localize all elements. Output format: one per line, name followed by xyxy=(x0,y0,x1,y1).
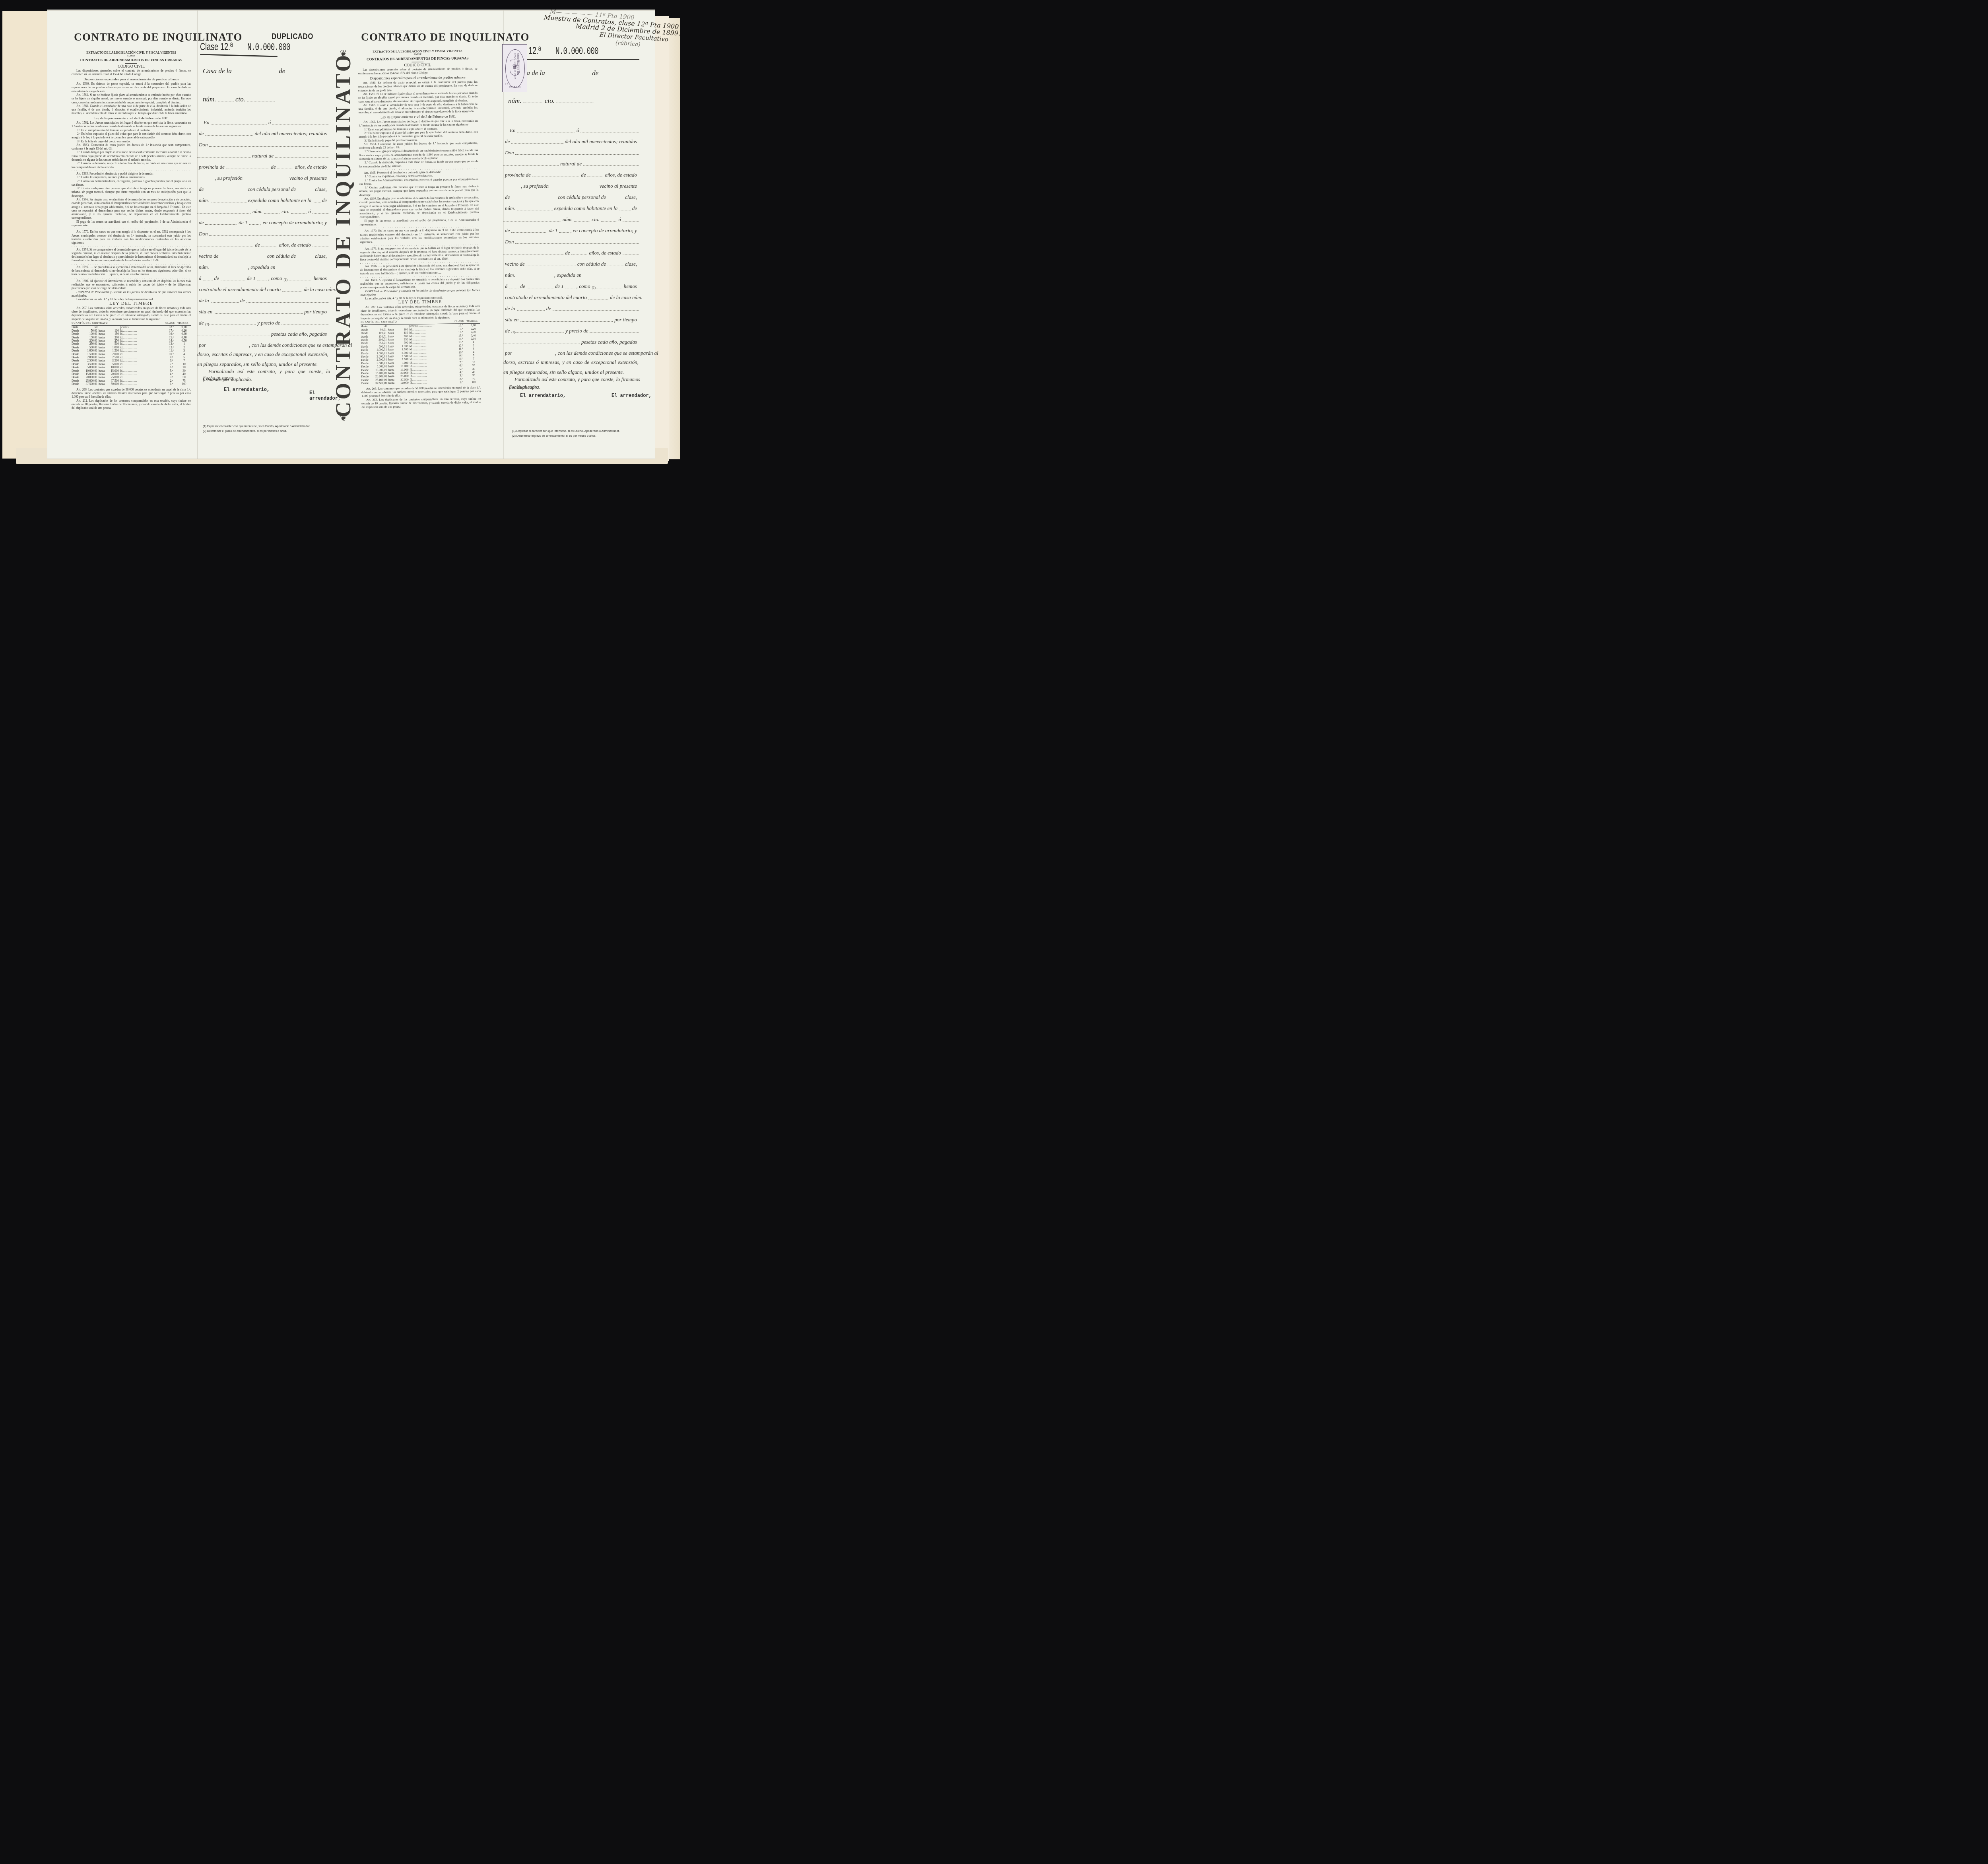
footnote-mark: (2) xyxy=(512,434,516,437)
ellipsis-divider: ........................................… xyxy=(72,262,191,265)
landlord-name-input[interactable] xyxy=(515,243,639,244)
tenant-issue-month-input[interactable] xyxy=(205,224,237,225)
tenant-house-num-input[interactable] xyxy=(264,213,280,214)
legal-header: EXTRACTO DE LA LEGISLACIÓN CIVIL Y FISCA… xyxy=(72,51,191,54)
table-cell-to: 50.000 xyxy=(397,381,410,385)
price-input[interactable] xyxy=(282,325,328,325)
street-name-input[interactable] xyxy=(247,302,328,303)
tenant-street-input[interactable] xyxy=(619,210,631,210)
article-1581: Art. 1581. Si no se hubiese fijado plazo… xyxy=(72,93,191,104)
landlord-cedula-class-input[interactable] xyxy=(608,266,623,266)
tenant-name-input[interactable] xyxy=(515,154,639,155)
landlord-civil-status-input[interactable] xyxy=(313,247,328,247)
page-title: CONTRATO DE INQUILINATO xyxy=(361,31,530,43)
table-cell-unit: íd.................... xyxy=(410,381,455,385)
tenant-name-cont-input[interactable] xyxy=(197,157,250,158)
article-item: 1.ª En el cumplimiento del término estip… xyxy=(72,128,191,132)
article-item: 3.ª En la falta de pago del precio conve… xyxy=(72,140,191,143)
article-1578: Art. 1578. Si no compareciere el demanda… xyxy=(72,248,191,262)
vertical-title-band: ❦ CONTRATO DE INQUILINATO ❦ xyxy=(330,54,356,416)
landlord-name-cont-input[interactable] xyxy=(503,255,563,255)
table-cell-unit: íd.................... xyxy=(120,353,165,356)
table-cell-hasta: hasta xyxy=(99,383,107,386)
table-cell-unit: pesetas.................... xyxy=(120,326,165,329)
ellipsis-divider: ........................................… xyxy=(72,169,191,172)
section-heading: Ley de Enjuiciamiento civil de 3 de Febr… xyxy=(359,115,478,119)
landlord-issue-place-input[interactable] xyxy=(583,277,639,277)
article-item: 1.º Contra los inquilinos, colonos y dem… xyxy=(72,175,191,179)
article-1596: Art. 1596. ..... se procederá á su ejecu… xyxy=(360,263,480,276)
fecha-text: Fecha ut supra. xyxy=(203,375,234,381)
legal-paragraph: Las disposiciones generales sobre el con… xyxy=(358,67,477,76)
footnotes: (1) Expresar el carácter con que intervi… xyxy=(512,429,620,438)
tenant-street-input[interactable] xyxy=(313,202,320,202)
vertical-title: CONTRATO DE INQUILINATO xyxy=(331,52,355,417)
form-row: núm.cto.á xyxy=(503,215,639,223)
tenant-issue-month-input[interactable] xyxy=(511,232,547,233)
num-input[interactable] xyxy=(218,101,234,101)
fecha-text: Fecha ut supra. xyxy=(509,384,540,390)
form-row: por, con las demás condiciones que se es… xyxy=(197,340,328,348)
legal-paragraph: Las disposiciones generales sobre el con… xyxy=(72,69,191,76)
footnotes: (1) Expresar el carácter con que intervi… xyxy=(203,424,311,433)
cto-input[interactable] xyxy=(556,103,594,103)
article-item: 2.ª En haber expirado el plazo del aviso… xyxy=(72,132,191,140)
duplicado-label: DUPLICADO xyxy=(272,32,313,41)
tenant-flat-input[interactable] xyxy=(291,213,307,214)
form-row: Don xyxy=(503,237,639,245)
conditions-paragraph: dorso, escritas ó impresas, y en caso de… xyxy=(503,357,639,377)
day-input[interactable] xyxy=(580,132,639,132)
legal-subheader: CONTRATOS DE ARRENDAMIENTOS DE FINCAS UR… xyxy=(358,56,477,61)
form-row: contratado el arrendamiento del cuartode… xyxy=(197,285,328,293)
casa-input[interactable] xyxy=(547,75,590,75)
landlord-capacity-input[interactable] xyxy=(596,288,622,288)
form-row: pesetas cada año, pagadas xyxy=(197,329,328,337)
form-row: Ená xyxy=(197,118,328,126)
tenant-name-input[interactable] xyxy=(209,146,328,147)
table-cell-unit: íd.................... xyxy=(120,373,165,376)
article-1601: Art. 1601. Al ejecutar el lanzamiento se… xyxy=(360,277,480,289)
duplicate-page: CONTRATO DE INQUILINATO DUPLICADO EXTRAC… xyxy=(47,10,349,459)
tenant-origin-input[interactable] xyxy=(275,157,328,158)
tenant-cedula-num-input[interactable] xyxy=(211,202,247,202)
tenant-profession-input[interactable] xyxy=(244,180,288,180)
landlord-issue-year-input[interactable] xyxy=(257,280,267,280)
landlord-name-cont-input[interactable] xyxy=(197,247,253,247)
tenant-flat-input[interactable] xyxy=(601,221,617,222)
form-row: ádede 1, como(1)hemos xyxy=(503,282,639,290)
clase-underline xyxy=(200,54,278,57)
article-1580: Art. 1580. En defecto de pacto especial,… xyxy=(72,82,191,93)
form-row: decon cédula personal declase, xyxy=(197,185,328,192)
ellipsis-divider: ........................................… xyxy=(72,227,191,230)
article-1596: Art. 1596. ..... se procederá á su ejecu… xyxy=(72,265,191,276)
place-input[interactable] xyxy=(211,124,267,124)
form-row: , su profesiónvecino al presente xyxy=(503,181,639,189)
table-cell-unit: íd.................... xyxy=(120,329,165,332)
tenant-issue-year-input[interactable] xyxy=(249,224,258,225)
form-row: vecino decon cédula declase, xyxy=(503,259,639,267)
article-1578: Art. 1578. Si no compareciere el demanda… xyxy=(360,245,479,261)
flourish-ornament-icon: ❦ xyxy=(336,413,351,423)
conditions-paragraph: dorso, escritas ó impresas, y en caso de… xyxy=(197,349,328,369)
table-cell-unit: íd.................... xyxy=(120,356,165,359)
table-cell-unit: íd.................... xyxy=(120,376,165,379)
landlord-issue-place-input[interactable] xyxy=(277,269,328,269)
ellipsis-divider: ........................................… xyxy=(72,276,191,279)
article-item: 1.º Cuando tengan por objeto el desahuci… xyxy=(359,148,478,161)
tenant-cedula-class-input[interactable] xyxy=(297,191,313,191)
codigo-civil-heading: CÓDIGO CIVIL xyxy=(72,65,191,68)
article-1562: Art. 1562. Los Jueces municipales del lu… xyxy=(359,119,478,128)
landlord-signature-label: El arrendador, xyxy=(612,393,652,398)
form-row: , su profesiónvecino al presente xyxy=(197,173,328,181)
form-row: dede 1, en concepto de arrendatario; y xyxy=(197,218,328,226)
landlord-name-input[interactable] xyxy=(209,235,328,236)
form-row: núm., expedida en xyxy=(503,270,639,278)
landlord-age-input[interactable] xyxy=(571,255,587,255)
column-header: CLASE xyxy=(165,322,177,326)
article-1570: Art. 1570. En los casos en que con arreg… xyxy=(360,228,479,244)
article-1565: Art. 1565. Procederá el desahucio y podr… xyxy=(72,172,191,175)
contract-form: Ená dedel año mil nuevecientos; reunidos… xyxy=(197,118,328,364)
form-row: pesetas cada año, pagadas xyxy=(503,337,639,345)
article-1562: Art. 1562. Los Jueces municipales del lu… xyxy=(72,121,191,128)
tenant-civil-status-input[interactable] xyxy=(503,188,519,188)
article-item: 3.º Contra cualquiera otra persona que d… xyxy=(359,185,479,197)
table-cell-unit: íd.................... xyxy=(120,332,165,336)
table-cell-from: 37.500,01 xyxy=(372,381,388,385)
tenant-street-cont-input[interactable] xyxy=(503,221,561,222)
stamp-currency: PESETAS xyxy=(509,86,521,88)
article-207: Art. 207. Los contratos sobre arriendos,… xyxy=(361,304,480,320)
divider xyxy=(412,62,423,62)
landlord-cedula-num-input[interactable] xyxy=(211,269,247,269)
form-row: provincia dedeaños, de estado xyxy=(503,170,639,178)
form-row: dedel año mil nuevecientos; reunidos xyxy=(197,129,328,137)
table-cell-timbre: 100 xyxy=(467,381,481,384)
table-cell-unit: íd.................... xyxy=(120,359,165,362)
legal-paragraph: El pago de las rentas se acreditará con … xyxy=(72,220,191,227)
article-item: 2.º Contra los Administradores, encargad… xyxy=(72,179,191,187)
table-cell-timbre: 100 xyxy=(177,383,191,386)
form-row: sita enpor tiempo xyxy=(503,315,639,323)
flat-input[interactable] xyxy=(282,291,302,292)
street-type-input[interactable] xyxy=(517,310,545,311)
article-item: 1.º Cuando tengan por objeto el desahuci… xyxy=(72,150,191,161)
dispensa-heading: DISPENSA de Procurador y Letrado en los … xyxy=(72,290,191,298)
casa-line-input[interactable] xyxy=(203,90,330,90)
article-1581: Art. 1581. Si no se hubiese fijado plazo… xyxy=(358,91,478,103)
street-name-input[interactable] xyxy=(553,310,639,311)
cto-input[interactable] xyxy=(247,101,275,101)
form-row: núm.expedida como habitante en lade xyxy=(197,196,328,204)
form-row: de lade xyxy=(503,304,639,312)
form-row: sita enpor tiempo xyxy=(197,307,328,315)
tenant-street-cont-input[interactable] xyxy=(197,213,251,214)
clase-number: Clase 12.ª N.0.000.000 xyxy=(200,41,309,53)
table-cell-unit: íd.................... xyxy=(120,346,165,349)
tenant-cedula-class-input[interactable] xyxy=(608,199,623,199)
table-cell-unit: íd.................... xyxy=(120,369,165,373)
article-1582: Art. 1582. Cuando el arrendador de una c… xyxy=(72,104,191,115)
table-cell-from-label: Desde xyxy=(361,382,372,385)
tenant-signature-label: El arrendatario, xyxy=(520,393,566,398)
tenant-cedula-num-input[interactable] xyxy=(517,210,553,210)
footnote-mark: (1) xyxy=(203,424,206,428)
casa-line-input[interactable] xyxy=(508,88,635,88)
casa-input[interactable] xyxy=(233,73,277,73)
street-type-input[interactable] xyxy=(211,302,239,303)
footnote-2: Determinar el plazo de arrendamiento, si… xyxy=(207,429,287,433)
field-label: núm. xyxy=(508,97,522,105)
table-cell-unit: íd.................... xyxy=(120,339,165,342)
landlord-issue-day-input[interactable] xyxy=(509,288,519,288)
casa-field: Casa de la de xyxy=(203,67,330,75)
tenant-age-input[interactable] xyxy=(587,177,603,177)
article-1601: Art. 1601. Al ejecutar el lanzamiento se… xyxy=(72,279,191,290)
landlord-civil-status-input[interactable] xyxy=(623,255,639,255)
section-heading: Disposiciones especiales para el arrenda… xyxy=(358,76,478,80)
field-label: núm. xyxy=(203,95,216,103)
landlord-residence-input[interactable] xyxy=(220,258,265,258)
casa-de-input[interactable] xyxy=(600,75,628,75)
price-input[interactable] xyxy=(590,332,639,333)
tenant-name-cont-input[interactable] xyxy=(503,165,559,166)
tenant-origin-input[interactable] xyxy=(583,165,639,166)
serial-number: N.0.000.000 xyxy=(555,46,598,57)
article-item: 3.º Contra cualquiera otra persona que d… xyxy=(72,187,191,198)
table-cell-clase: 1.ª xyxy=(455,381,467,384)
form-row: dede 1, en concepto de arrendatario; y xyxy=(503,226,639,234)
tenant-residence-input[interactable] xyxy=(511,199,556,199)
form-row: deaños, de estado xyxy=(197,240,328,248)
landlord-age-input[interactable] xyxy=(261,247,277,247)
payment-period-input[interactable] xyxy=(208,347,247,347)
form-row: Don xyxy=(503,148,639,156)
form-row: ádede 1, como(1)hemos xyxy=(197,274,328,282)
table-cell-unit: íd.................... xyxy=(120,379,165,383)
legal-extract: EXTRACTO DE LA LEGISLACIÓN CIVIL Y FISCA… xyxy=(72,51,191,410)
clase-underline xyxy=(508,59,639,60)
form-row: por, con las demás condiciones que se es… xyxy=(503,348,639,356)
field-label: de xyxy=(279,67,285,75)
place-input[interactable] xyxy=(517,132,575,132)
month-input[interactable] xyxy=(205,135,253,136)
column-header: CUANTÍA DEL CONTRATO xyxy=(72,322,165,326)
table-cell-clase: 1.ª xyxy=(165,383,177,386)
payment-period-input[interactable] xyxy=(514,355,553,355)
landlord-cedula-num-input[interactable] xyxy=(517,277,553,277)
tenant-province-input[interactable] xyxy=(226,169,269,169)
stamp-duty-table: CUANTÍA DEL CONTRATO CLASE TIMBRE Hasta5… xyxy=(361,320,481,385)
form-row: núm.cto.á xyxy=(197,207,328,215)
tenant-residence-input[interactable] xyxy=(205,191,246,191)
ellipsis-divider: ........................................… xyxy=(72,245,191,248)
article-1570: Art. 1570. En los casos en que con arreg… xyxy=(72,230,191,245)
num-input[interactable] xyxy=(523,103,543,103)
article-207: Art. 207. Los contratos sobre arriendos,… xyxy=(72,306,191,321)
form-row: Don xyxy=(197,140,328,148)
landlord-cedula-class-input[interactable] xyxy=(297,258,313,258)
table-cell-unit: íd.................... xyxy=(120,342,165,346)
stamp-duty-table: CUANTÍA DEL CONTRATO CLASE TIMBRE Hasta5… xyxy=(72,322,191,386)
field-label: Casa de la xyxy=(203,67,232,75)
landlord-residence-input[interactable] xyxy=(526,266,575,266)
casa-de-input[interactable] xyxy=(287,73,313,73)
footnote-mark: (1) xyxy=(512,429,516,433)
serial-number: N.0.000.000 xyxy=(247,42,290,53)
form-row: dedel año mil nuevecientos; reunidos xyxy=(503,137,639,145)
form-row: de(2)y precio de xyxy=(197,318,328,326)
num-cto-field: núm. cto. xyxy=(508,97,627,105)
article-1582: Art. 1582. Cuando el arrendador de una c… xyxy=(358,102,478,115)
num-cto-field: núm. cto. xyxy=(203,95,330,103)
location-input[interactable] xyxy=(520,321,613,322)
article-212: Art. 212. Los duplicados de los contrato… xyxy=(72,399,191,410)
tenant-province-input[interactable] xyxy=(532,177,579,177)
table-cell-from: 37.500,01 xyxy=(82,383,99,386)
form-row: núm.expedida como habitante en lade xyxy=(503,204,639,212)
form-row: núm., expedida en xyxy=(197,262,328,270)
legal-paragraph: La establecen los arts. 4.º y 10 de la l… xyxy=(72,297,191,301)
table-cell-unit: íd.................... xyxy=(120,349,165,352)
footnote-1: Expresar el carácter con que interviene,… xyxy=(516,429,620,433)
form-row: natural de xyxy=(503,159,639,167)
tenant-issue-day-input[interactable] xyxy=(313,213,328,214)
field-label: de xyxy=(592,69,598,77)
article-208: Art. 208. Los contratos que excedan de 5… xyxy=(72,388,191,399)
form-row: Ená xyxy=(503,126,639,134)
term-input[interactable] xyxy=(515,332,564,333)
term-input[interactable] xyxy=(209,325,256,325)
coat-of-arms-icon: ♛ xyxy=(510,60,520,76)
section-heading: Disposiciones especiales para el arrenda… xyxy=(72,78,191,81)
footnote-1: Expresar el carácter con que interviene,… xyxy=(207,424,311,428)
table-cell-hasta: hasta xyxy=(388,381,397,385)
stamp-value: 12 xyxy=(505,82,508,86)
location-input[interactable] xyxy=(214,313,303,314)
form-row: natural de xyxy=(197,151,328,159)
price-cont-input[interactable] xyxy=(197,336,270,336)
form-row: Don xyxy=(197,229,328,237)
article-212: Art. 212. Los duplicados de los contrato… xyxy=(361,397,481,409)
footnote-mark: (2) xyxy=(203,429,206,433)
table-cell-unit: íd.................... xyxy=(120,383,165,386)
form-row: vecino decon cédula declase, xyxy=(197,251,328,259)
article-1566: Art. 1566. En ningún caso se admitirán a… xyxy=(359,196,479,219)
underlying-sheet-left xyxy=(2,11,49,459)
tenant-age-input[interactable] xyxy=(277,169,293,169)
divider xyxy=(125,63,137,64)
revenue-stamp: CONTRATOS DE INQUILINATO 1900 ♛ 12 PESET… xyxy=(502,44,527,92)
form-row: provincia dedeaños, de estado xyxy=(197,162,328,170)
footnote-2: Determinar el plazo de arrendamiento, si… xyxy=(516,434,596,437)
legal-extract: EXTRACTO DE LA LEGISLACIÓN CIVIL Y FISCA… xyxy=(358,49,481,409)
form-row: de lade xyxy=(197,296,328,304)
article-item: 2.º Cuando la demanda, respecto á toda c… xyxy=(72,161,191,169)
field-label: cto. xyxy=(235,95,245,103)
table-cell-unit: íd.................... xyxy=(120,366,165,369)
landlord-issue-day-input[interactable] xyxy=(203,280,213,280)
column-header: TIMBRE xyxy=(177,322,191,326)
clase-label: Clase 12.ª xyxy=(200,41,233,53)
landlord-issue-year-input[interactable] xyxy=(565,288,575,288)
form-row: decon cédula personal declase, xyxy=(503,192,639,200)
table-cell-unit: íd.................... xyxy=(120,336,165,339)
landlord-issue-month-input[interactable] xyxy=(221,280,245,280)
table-row: Desde37.500,01hasta50.000íd.............… xyxy=(361,381,481,385)
section-heading: LEY DEL TIMBRE xyxy=(72,302,191,305)
price-cont-input[interactable] xyxy=(503,344,580,344)
contract-sheet: CONTRATO DE INQUILINATO DUPLICADO EXTRAC… xyxy=(47,10,655,459)
table-cell-to: 50.000 xyxy=(107,383,120,386)
article-1566: Art. 1566. En ningún caso se admitirán a… xyxy=(72,198,191,220)
form-row: deaños, de estado xyxy=(503,248,639,256)
article-1580: Art. 1580. En defecto de pacto especial,… xyxy=(358,80,478,92)
landlord-capacity-input[interactable] xyxy=(287,280,312,280)
section-heading: Ley de Enjuiciamiento civil de 3 de Febr… xyxy=(72,117,191,120)
tenant-signature-label: El arrendatario, xyxy=(224,387,270,393)
table-cell-from-label: Desde xyxy=(72,383,82,386)
form-row: contratado el arrendamiento del cuartode… xyxy=(503,293,639,301)
tenant-house-num-input[interactable] xyxy=(574,221,590,222)
article-208: Art. 208. Los contratos que excedan de 5… xyxy=(361,385,481,398)
tenant-profession-input[interactable] xyxy=(550,188,598,188)
legal-subheader: CONTRATOS DE ARRENDAMIENTOS DE FINCAS UR… xyxy=(72,58,191,62)
tenant-issue-year-input[interactable] xyxy=(559,232,569,233)
form-row: de(2)y precio de xyxy=(503,326,639,334)
casa-field: Casa de la de xyxy=(516,69,635,77)
table-cell-unit: íd.................... xyxy=(120,363,165,366)
landlord-issue-month-input[interactable] xyxy=(527,288,553,288)
article-1563: Art. 1563. Conocerán de estos juicios lo… xyxy=(72,143,191,151)
contract-form: Ená dedel año mil nuevecientos; reunidos… xyxy=(503,126,639,372)
month-input[interactable] xyxy=(511,143,563,144)
day-input[interactable] xyxy=(272,124,328,124)
table-row: Desde37.500,01hasta50.000íd.............… xyxy=(72,383,191,386)
tenant-issue-day-input[interactable] xyxy=(623,221,639,222)
field-label: cto. xyxy=(545,97,555,105)
flat-input[interactable] xyxy=(588,299,608,299)
tenant-civil-status-input[interactable] xyxy=(197,180,213,180)
